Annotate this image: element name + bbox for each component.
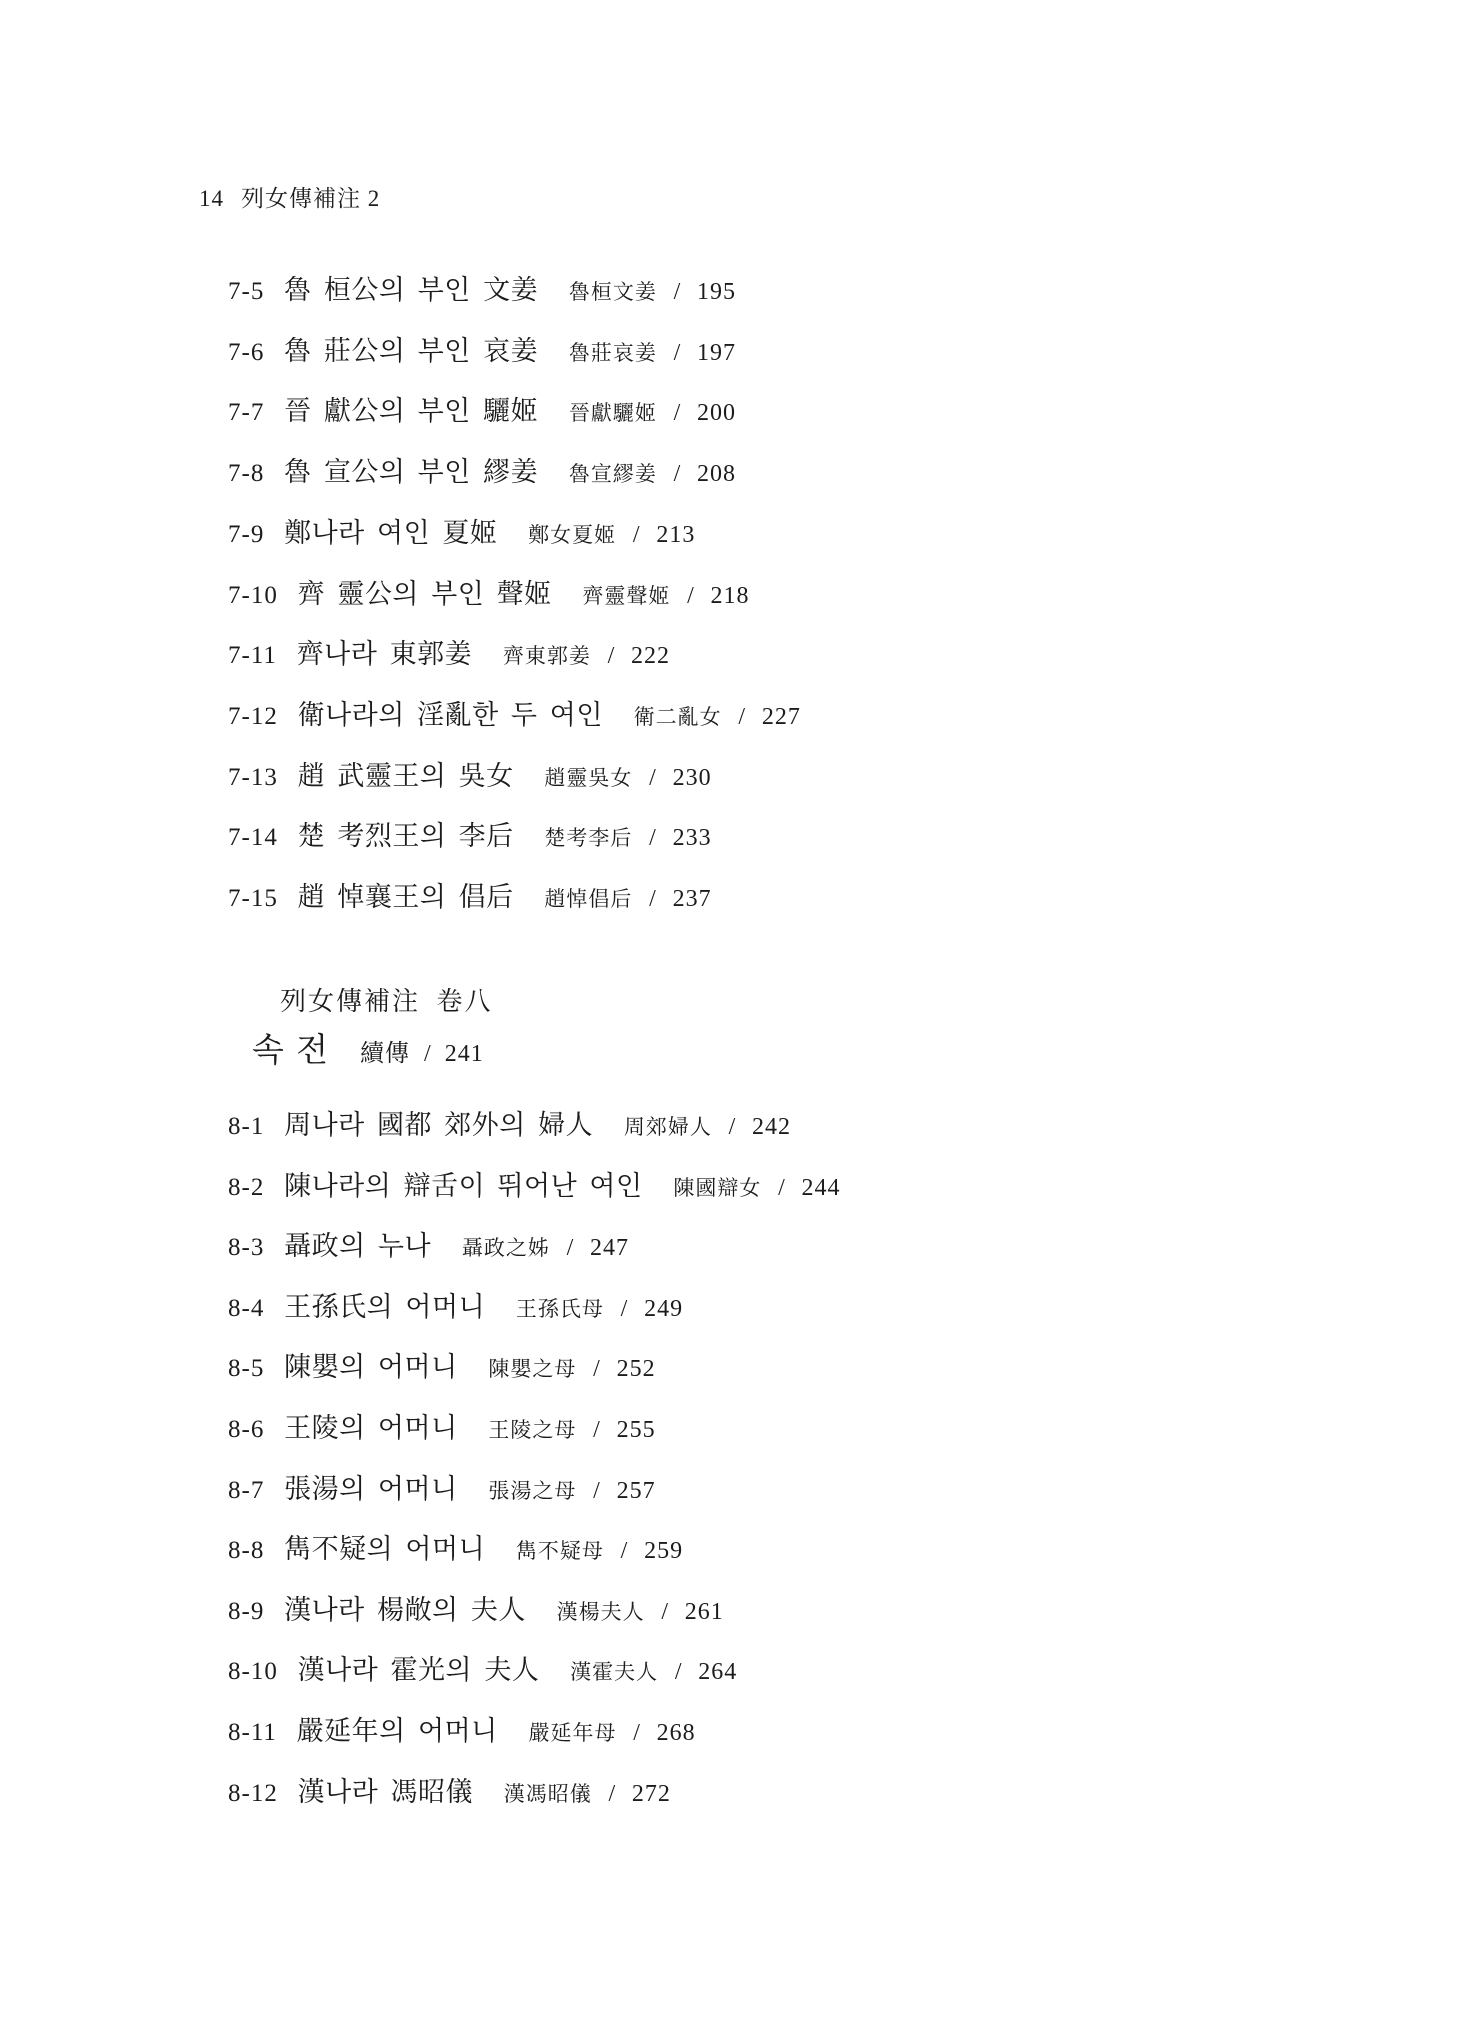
toc-entry: 8-6 王陵의 어머니 王陵之母 / 255	[228, 1399, 841, 1460]
toc-chapter7-list: 7-5 魯 桓公의 부인 文姜 魯桓文姜 / 195 7-6 魯 莊公의 부인 …	[228, 261, 801, 929]
entry-page-number: 237	[673, 886, 712, 912]
toc-entry: 7-15 趙 悼襄王의 倡后 趙悼倡后 / 237	[228, 868, 801, 929]
entry-page-number: 227	[762, 704, 801, 730]
toc-entry: 7-14 楚 考烈王의 李后 楚考李后 / 233	[228, 807, 801, 868]
entry-page-number: 242	[752, 1114, 791, 1140]
entry-title: 周나라 國都 郊外의 婦人	[284, 1110, 593, 1140]
entry-page-number: 233	[673, 825, 712, 851]
slash-separator: /	[674, 400, 681, 426]
toc-entry: 7-12 衛나라의 淫亂한 두 여인 衛二亂女 / 227	[228, 686, 801, 747]
toc-entry: 8-12 漢나라 馮昭儀 漢馮昭儀 / 272	[228, 1763, 841, 1824]
entry-hanja: 陳國辯女	[673, 1176, 761, 1200]
entry-number: 8-1	[228, 1113, 264, 1140]
document-page: 14列女傳補注 2 7-5 魯 桓公의 부인 文姜 魯桓文姜 / 195 7-6…	[0, 0, 1480, 2024]
entry-page-number: 218	[711, 583, 750, 609]
entry-number: 7-14	[228, 824, 278, 851]
toc-entry: 8-8 雋不疑의 어머니 雋不疑母 / 259	[228, 1520, 841, 1581]
entry-hanja: 趙悼倡后	[544, 887, 632, 911]
section-heading: 속 전 續傳 / 241	[252, 1024, 484, 1071]
slash-separator: /	[567, 1235, 574, 1261]
entry-hanja: 漢馮昭儀	[504, 1782, 592, 1806]
toc-entry: 8-9 漢나라 楊敞의 夫人 漢楊夫人 / 261	[228, 1581, 841, 1642]
entry-page-number: 249	[644, 1296, 683, 1322]
entry-hanja: 聶政之姊	[462, 1236, 550, 1260]
slash-separator: /	[424, 1041, 431, 1067]
entry-page-number: 200	[697, 400, 736, 426]
entry-hanja: 魯莊哀姜	[569, 341, 657, 365]
entry-page-number: 213	[656, 522, 695, 548]
entry-title: 王孫氏의 어머니	[284, 1292, 485, 1322]
slash-separator: /	[633, 522, 640, 548]
slash-separator: /	[593, 1356, 600, 1382]
toc-entry: 8-2 陳나라의 辯舌이 뛰어난 여인 陳國辯女 / 244	[228, 1157, 841, 1218]
entry-number: 8-10	[228, 1658, 278, 1685]
entry-page-number: 247	[590, 1235, 629, 1261]
toc-entry: 7-13 趙 武靈王의 吳女 趙靈吳女 / 230	[228, 747, 801, 808]
entry-hanja: 衛二亂女	[634, 705, 722, 729]
toc-entry: 8-5 陳嬰의 어머니 陳嬰之母 / 252	[228, 1338, 841, 1399]
slash-separator: /	[608, 643, 615, 669]
entry-page-number: 197	[697, 340, 736, 366]
entry-page-number: 264	[698, 1659, 737, 1685]
entry-number: 8-5	[228, 1355, 264, 1382]
slash-separator: /	[674, 279, 681, 305]
entry-number: 7-10	[228, 582, 278, 609]
entry-page-number: 259	[644, 1538, 683, 1564]
toc-entry: 8-1 周나라 國都 郊外의 婦人 周郊婦人 / 242	[228, 1096, 841, 1157]
entry-hanja: 王孫氏母	[516, 1297, 604, 1321]
entry-number: 8-11	[228, 1719, 277, 1746]
entry-page-number: 195	[697, 279, 736, 305]
entry-hanja: 齊東郭姜	[503, 644, 591, 668]
entry-number: 8-12	[228, 1780, 278, 1807]
entry-page-number: 272	[632, 1781, 671, 1807]
slash-separator: /	[633, 1720, 640, 1746]
entry-title: 陳嬰의 어머니	[284, 1352, 458, 1382]
slash-separator: /	[738, 704, 745, 730]
entry-number: 7-7	[228, 399, 264, 426]
entry-title: 魯 宣公의 부인 繆姜	[284, 457, 538, 487]
toc-entry: 7-6 魯 莊公의 부인 哀姜 魯莊哀姜 / 197	[228, 322, 801, 383]
volume-title: 列女傳補注 卷八	[280, 981, 493, 1018]
entry-title: 漢나라 霍光의 夫人	[298, 1655, 540, 1685]
entry-title: 聶政의 누나	[284, 1231, 431, 1261]
toc-entry: 7-5 魯 桓公의 부인 文姜 魯桓文姜 / 195	[228, 261, 801, 322]
toc-entry: 8-3 聶政의 누나 聶政之姊 / 247	[228, 1217, 841, 1278]
slash-separator: /	[674, 461, 681, 487]
entry-page-number: 208	[697, 461, 736, 487]
section-title-korean: 속 전	[252, 1033, 330, 1069]
entry-title: 魯 莊公의 부인 哀姜	[284, 336, 538, 366]
slash-separator: /	[729, 1114, 736, 1140]
entry-hanja: 趙靈吳女	[544, 766, 632, 790]
slash-separator: /	[621, 1538, 628, 1564]
entry-hanja: 楚考李后	[544, 826, 632, 850]
entry-hanja: 雋不疑母	[516, 1539, 604, 1563]
slash-separator: /	[609, 1781, 616, 1807]
slash-separator: /	[674, 340, 681, 366]
entry-number: 7-6	[228, 339, 264, 366]
toc-entry: 7-7 晉 獻公의 부인 驪姬 晉獻驪姬 / 200	[228, 382, 801, 443]
entry-number: 7-5	[228, 278, 264, 305]
toc-entry: 8-4 王孫氏의 어머니 王孫氏母 / 249	[228, 1278, 841, 1339]
entry-page-number: 255	[617, 1417, 656, 1443]
entry-number: 7-11	[228, 642, 277, 669]
toc-entry: 7-11 齊나라 東郭姜 齊東郭姜 / 222	[228, 625, 801, 686]
entry-page-number: 244	[802, 1175, 841, 1201]
entry-title: 鄭나라 여인 夏姬	[284, 518, 497, 548]
entry-hanja: 魯桓文姜	[569, 280, 657, 304]
entry-number: 7-8	[228, 460, 264, 487]
page-header: 14列女傳補注 2	[199, 180, 380, 213]
entry-page-number: 268	[657, 1720, 696, 1746]
entry-title: 齊 靈公의 부인 聲姬	[298, 579, 552, 609]
toc-chapter8-list: 8-1 周나라 國都 郊外의 婦人 周郊婦人 / 242 8-2 陳나라의 辯舌…	[228, 1096, 841, 1823]
entry-hanja: 嚴延年母	[528, 1721, 616, 1745]
running-page-number: 14	[199, 186, 224, 211]
entry-title: 楚 考烈王의 李后	[298, 821, 514, 851]
entry-page-number: 257	[617, 1478, 656, 1504]
entry-title: 雋不疑의 어머니	[284, 1534, 485, 1564]
entry-number: 8-4	[228, 1295, 264, 1322]
entry-hanja: 齊靈聲姬	[582, 584, 670, 608]
entry-title: 漢나라 馮昭儀	[298, 1777, 473, 1807]
entry-page-number: 230	[673, 765, 712, 791]
slash-separator: /	[675, 1659, 682, 1685]
toc-entry: 8-7 張湯의 어머니 張湯之母 / 257	[228, 1460, 841, 1521]
entry-number: 7-12	[228, 703, 278, 730]
entry-title: 嚴延年의 어머니	[297, 1716, 498, 1746]
entry-number: 7-13	[228, 764, 278, 791]
entry-title: 晉 獻公의 부인 驪姬	[284, 396, 538, 426]
entry-title: 魯 桓公의 부인 文姜	[284, 275, 538, 305]
entry-page-number: 261	[685, 1599, 724, 1625]
entry-page-number: 222	[631, 643, 670, 669]
entry-number: 7-15	[228, 885, 278, 912]
section-page-number: 241	[445, 1041, 484, 1067]
entry-title: 齊나라 東郭姜	[297, 639, 472, 669]
entry-hanja: 漢霍夫人	[570, 1660, 658, 1684]
entry-hanja: 周郊婦人	[624, 1115, 712, 1139]
entry-number: 7-9	[228, 521, 264, 548]
entry-title: 衛나라의 淫亂한 두 여인	[298, 700, 603, 730]
entry-page-number: 252	[617, 1356, 656, 1382]
toc-entry: 7-8 魯 宣公의 부인 繆姜 魯宣繆姜 / 208	[228, 443, 801, 504]
running-book-title: 列女傳補注 2	[241, 186, 380, 211]
entry-title: 陳나라의 辯舌이 뛰어난 여인	[284, 1171, 643, 1201]
entry-hanja: 張湯之母	[488, 1479, 576, 1503]
slash-separator: /	[687, 583, 694, 609]
slash-separator: /	[778, 1175, 785, 1201]
entry-hanja: 魯宣繆姜	[569, 462, 657, 486]
entry-title: 王陵의 어머니	[284, 1413, 458, 1443]
toc-entry: 8-11 嚴延年의 어머니 嚴延年母 / 268	[228, 1702, 841, 1763]
entry-title: 張湯의 어머니	[284, 1474, 458, 1504]
entry-number: 8-8	[228, 1537, 264, 1564]
slash-separator: /	[649, 886, 656, 912]
entry-hanja: 鄭女夏姬	[528, 523, 616, 547]
entry-number: 8-3	[228, 1234, 264, 1261]
entry-number: 8-7	[228, 1477, 264, 1504]
slash-separator: /	[593, 1478, 600, 1504]
slash-separator: /	[593, 1417, 600, 1443]
entry-number: 8-9	[228, 1598, 264, 1625]
section-title-hanja: 續傳	[360, 1041, 410, 1067]
entry-hanja: 漢楊夫人	[557, 1600, 645, 1624]
slash-separator: /	[661, 1599, 668, 1625]
slash-separator: /	[649, 825, 656, 851]
entry-title: 趙 武靈王의 吳女	[298, 761, 514, 791]
toc-entry: 7-10 齊 靈公의 부인 聲姬 齊靈聲姬 / 218	[228, 565, 801, 626]
toc-entry: 7-9 鄭나라 여인 夏姬 鄭女夏姬 / 213	[228, 504, 801, 565]
slash-separator: /	[621, 1296, 628, 1322]
entry-title: 漢나라 楊敞의 夫人	[284, 1595, 526, 1625]
entry-hanja: 陳嬰之母	[488, 1357, 576, 1381]
toc-entry: 8-10 漢나라 霍光의 夫人 漢霍夫人 / 264	[228, 1641, 841, 1702]
slash-separator: /	[649, 765, 656, 791]
entry-title: 趙 悼襄王의 倡后	[298, 882, 514, 912]
entry-number: 8-2	[228, 1174, 264, 1201]
entry-hanja: 晉獻驪姬	[569, 401, 657, 425]
entry-hanja: 王陵之母	[488, 1418, 576, 1442]
entry-number: 8-6	[228, 1416, 264, 1443]
